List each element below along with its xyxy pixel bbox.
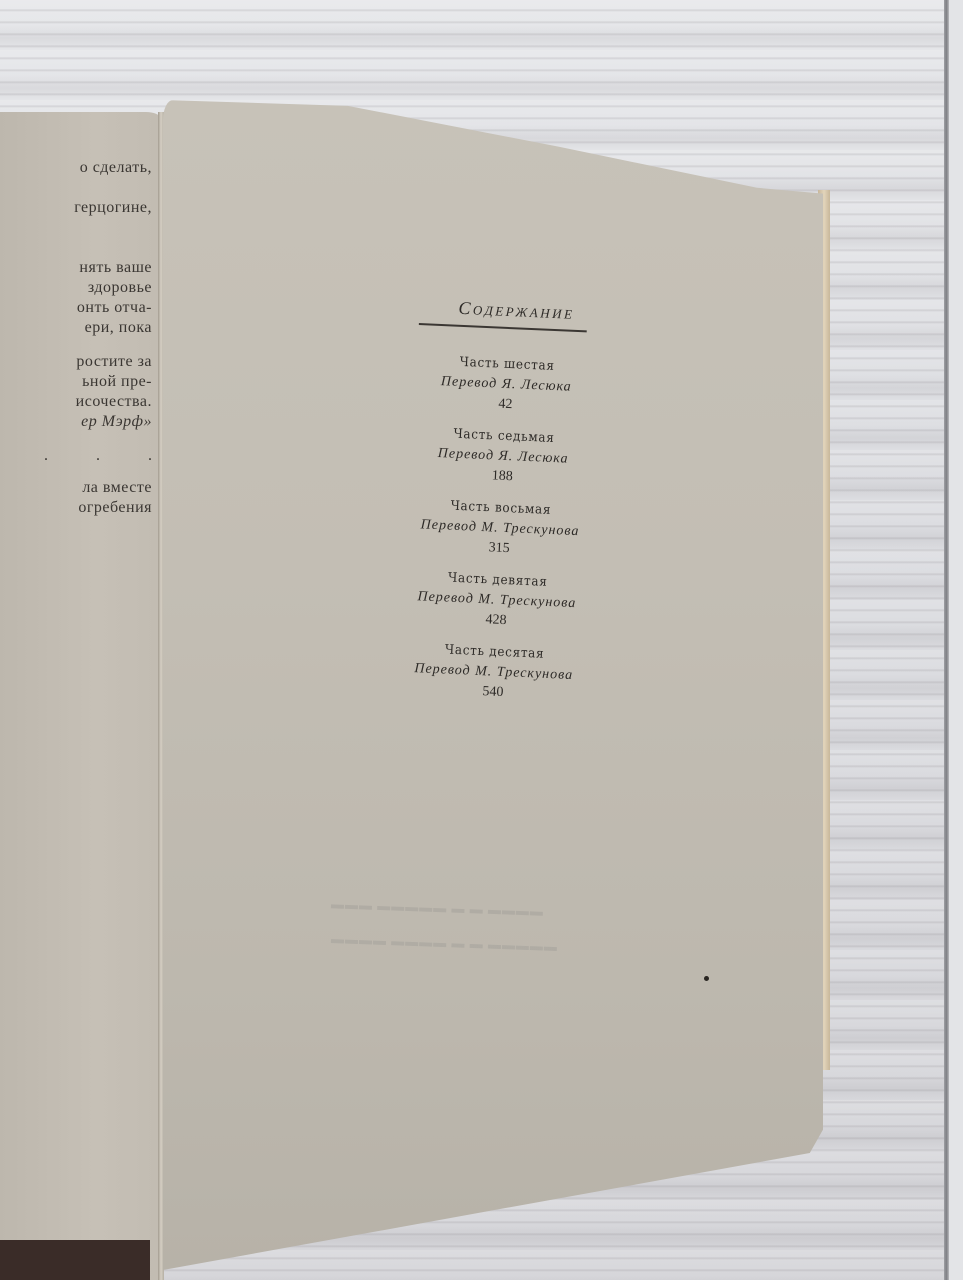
text-line: нять ваше: [0, 258, 152, 278]
text-line: исочества.: [0, 392, 152, 412]
text-line: здоровье: [0, 278, 152, 298]
text-line: ла вместе: [0, 478, 152, 498]
paper-spot: [704, 976, 709, 981]
toc-entry: Часть седьмая Перевод Я. Лесюка 188: [392, 422, 614, 492]
toc-entry: Часть девятая Перевод М. Трескунова 428: [386, 565, 608, 635]
toc-entry: Часть восьмая Перевод М. Трескунова 315: [389, 494, 611, 564]
table-of-contents: Содержание Часть шестая Перевод Я. Лесюк…: [382, 295, 620, 719]
left-page-text: о сделать, герцогине, нять ваше здоровье…: [0, 158, 152, 518]
shadow: [0, 1240, 150, 1280]
toc-entry: Часть десятая Перевод М. Трескунова 540: [383, 637, 605, 707]
text-line: герцогине,: [0, 198, 152, 218]
ellipsis-divider: . . . .: [0, 446, 152, 466]
text-line: о сделать,: [0, 158, 152, 178]
text-line-italic: ер Мэрф»: [0, 412, 152, 432]
wooden-plank: [949, 0, 963, 1280]
title-underline: [419, 323, 587, 332]
text-line: онть отча-: [0, 298, 152, 318]
text-line: ьной пре-: [0, 372, 152, 392]
text-line: ростите за: [0, 352, 152, 372]
toc-list: Часть шестая Перевод Я. Лесюка 42 Часть …: [383, 350, 618, 707]
left-book-page: о сделать, герцогине, нять ваше здоровье…: [0, 112, 160, 1280]
toc-entry: Часть шестая Перевод Я. Лесюка 42: [395, 350, 617, 420]
text-line: огребения: [0, 498, 152, 518]
text-line: ери, пока: [0, 318, 152, 338]
